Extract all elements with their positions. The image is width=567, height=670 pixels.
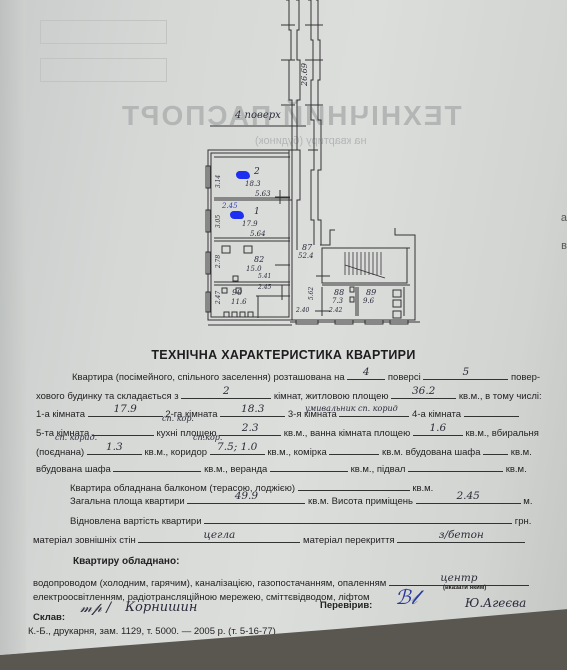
bathroom-note: умивальник сп. корид: [305, 404, 398, 413]
kitchen-note: сп. кор.: [162, 414, 194, 423]
room-number: 82: [254, 255, 264, 264]
kitchen-field[interactable]: 2.3: [219, 424, 281, 436]
bathroom-field[interactable]: 1.6: [413, 424, 463, 436]
room-area: 18.3: [245, 180, 261, 188]
room-height: 2.47: [215, 291, 222, 304]
checker-signature: ℬ𝓁: [395, 585, 417, 609]
document-sheet: ТЕХНІЧНИЙ ПАСПОРТ на квартиру (будинок) …: [0, 0, 567, 655]
room-area: 15.0: [246, 265, 262, 273]
wardrobe2-field[interactable]: [113, 460, 201, 472]
compiler-signature: 𝓂𝓅 /: [80, 600, 111, 616]
room-area: 17.9: [242, 220, 258, 228]
floor-field[interactable]: 4: [347, 368, 385, 380]
room2-field[interactable]: 18.3: [220, 405, 285, 417]
wardrobe-field[interactable]: [483, 443, 508, 455]
balcony-field[interactable]: [298, 479, 410, 491]
room-height: 5.62: [308, 287, 315, 300]
redaction-mark: [236, 171, 250, 179]
total-area-field[interactable]: 49.9: [187, 492, 305, 504]
printer-imprint: К.-Б., друкарня, зам. 1129, т. 5000. — 2…: [28, 626, 276, 637]
storage-field[interactable]: [329, 443, 379, 455]
equipped-heading: Квартиру обладнано:: [73, 556, 179, 567]
cost-field[interactable]: [204, 512, 512, 524]
storeys-field[interactable]: 5: [423, 368, 508, 380]
room-area: 9.6: [363, 297, 374, 305]
room-height: 3.05: [215, 215, 222, 228]
walls-field[interactable]: цегла: [138, 531, 300, 543]
redaction-mark: [230, 211, 244, 219]
form-row-cost: Відновлена вартість квартири грн.: [70, 512, 531, 527]
room-area: 11.6: [231, 298, 247, 306]
ceiling-material-field[interactable]: з/бетон: [397, 531, 525, 543]
room-width: 2.45: [258, 284, 271, 291]
room1-field[interactable]: 17.9: [88, 405, 163, 417]
room-height: 2.78: [215, 255, 222, 268]
room-number: 1: [254, 207, 260, 217]
room-number: 2: [254, 167, 260, 177]
room-width: 2.40: [296, 307, 309, 314]
room-area: 7.3: [332, 297, 343, 305]
checker-name: Ю.Агеєва: [465, 596, 526, 610]
form-row-location: Квартира (посімейного, спільного заселен…: [72, 368, 540, 383]
form-row-room-areas: 1-а кімната 17.9 2-га кімната 18.3 3-я к…: [36, 405, 519, 420]
form-row-corridor: (поєднана) 1.3 кв.м., коридор 7.5; 1.0 к…: [36, 443, 532, 458]
rooms-count-field[interactable]: 2: [181, 387, 271, 399]
room-width: 2.42: [329, 307, 342, 314]
ceiling-height-field[interactable]: 2.45: [416, 492, 521, 504]
floor-label: 4 поверх: [235, 110, 281, 121]
living-area-field[interactable]: 36.2: [391, 387, 456, 399]
specify-hint: (вказати яким): [443, 585, 486, 591]
room4-field[interactable]: [464, 405, 519, 417]
form-row-kitchen: 5-та кімната кухні площею 2.3 кв.м., ван…: [36, 424, 539, 439]
floor-plan: [0, 0, 567, 340]
corridor-field[interactable]: 7.5; 1.0: [210, 443, 265, 455]
room-width: 5.64: [250, 230, 266, 238]
room-number: 90: [232, 288, 242, 297]
form-row-veranda: вбудована шафа кв.м., веранда кв.м., під…: [36, 460, 527, 475]
room-number: 88: [334, 288, 344, 297]
form-row-total: Загальна площа квартири 49.9 кв.м. Висот…: [70, 492, 532, 507]
veranda-field[interactable]: [270, 460, 348, 472]
room-area: 52.4: [298, 252, 314, 260]
toilet-field[interactable]: 1.3: [87, 443, 142, 455]
room-number: 87: [302, 243, 312, 252]
basement-field[interactable]: [408, 460, 503, 472]
form-title: ТЕХНІЧНА ХАРАКТЕРИСТИКА КВАРТИРИ: [0, 348, 567, 362]
room-note: 2.45: [222, 202, 238, 210]
room-height: 3.14: [215, 175, 222, 188]
room-number: 89: [366, 288, 376, 297]
compiler-name: Корнишин: [125, 600, 197, 615]
shaft-dimension: 26.69: [300, 63, 309, 86]
room-width: 5.41: [258, 273, 271, 280]
room-width: 5.63: [255, 190, 271, 198]
checked-label: Перевірив:: [320, 600, 372, 611]
room5-field[interactable]: [92, 424, 154, 436]
form-row-materials: матеріал зовнішніх стін цегла матеріал п…: [33, 531, 525, 546]
form-row-rooms: хового будинку та складається з 2 кімнат…: [36, 387, 542, 402]
compiled-label: Склав:: [33, 612, 65, 623]
